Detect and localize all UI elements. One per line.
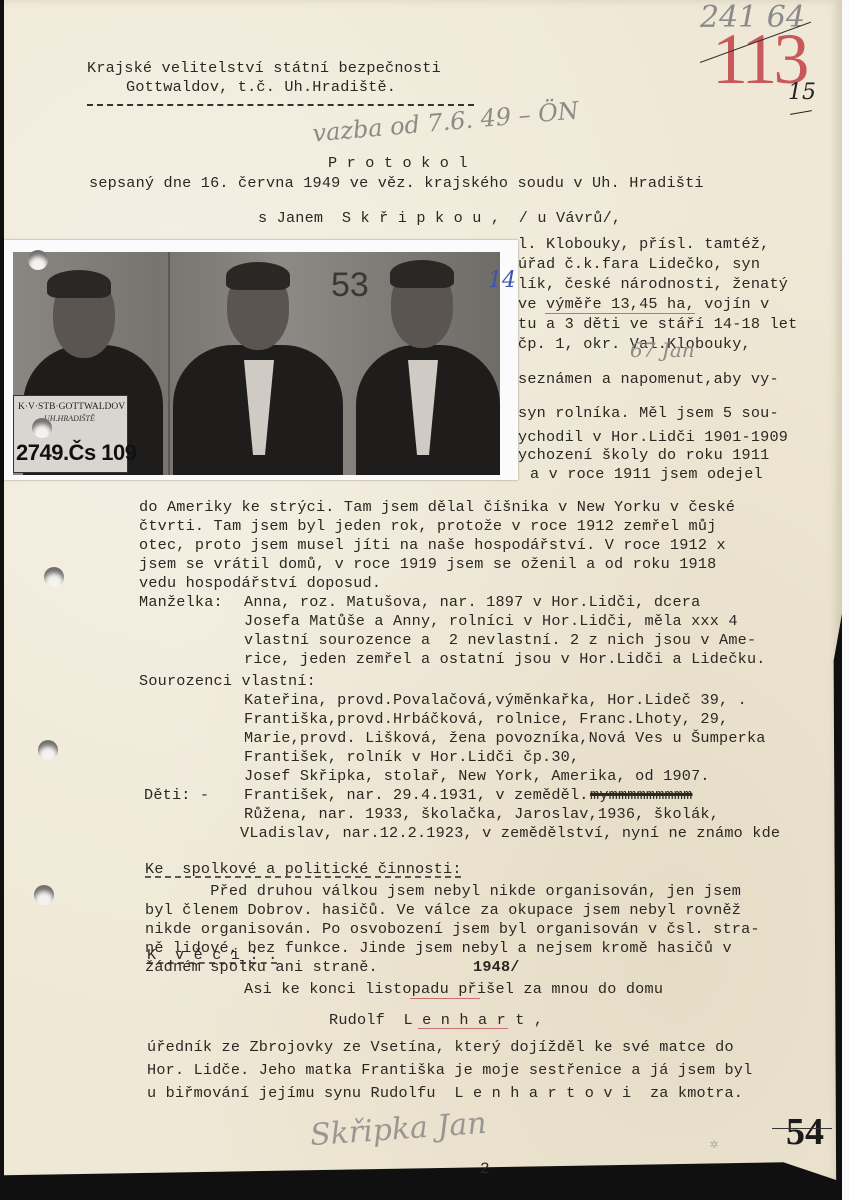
intro-line: seznámen a napomenut,aby vy- xyxy=(518,372,779,387)
blue-folio-mark: 14 xyxy=(488,268,516,293)
placard-sub: UH.HRADIŠTĚ xyxy=(44,414,95,423)
wife-line: rice, jeden zemřel a ostatní jsou v Hor.… xyxy=(244,652,766,667)
siblings-label: Sourozenci vlastní: xyxy=(139,674,316,689)
sibling-line: Marie,provd. Lišková, žena povozníka,Nov… xyxy=(244,731,766,746)
board-number: 53 xyxy=(331,266,369,305)
personal-line: tu a 3 děti ve stáří 14-18 let xyxy=(518,317,797,332)
personal-line: lík, české národnosti, ženatý xyxy=(518,277,788,292)
folio-stamp-bottom: 54 xyxy=(786,1110,824,1154)
biography-line: jsem se vrátil domů, v roce 1919 jsem se… xyxy=(139,557,716,572)
punch-hole xyxy=(32,418,52,438)
sibling-line: František, rolník v Hor.Lidči čp.30, xyxy=(244,750,579,765)
child-line: František, nar. 29.4.1931, v zeměděl. xyxy=(244,788,589,803)
personal-line: úřad č.k.fara Lidečko, syn xyxy=(518,257,760,272)
placard-org: K·V·STB·GOTTWALDOV xyxy=(18,402,125,412)
punch-hole xyxy=(28,250,48,270)
matter-heading: K v ě c i : . xyxy=(147,948,277,963)
photo-divider xyxy=(168,252,170,475)
red-underline xyxy=(545,313,695,314)
child-line: VLadislav, nar.12.2.1923, v zemědělství,… xyxy=(240,826,780,841)
matter-line: u biřmování jejímu synu Rudolfu L e n h … xyxy=(147,1086,743,1101)
header-rule xyxy=(87,104,474,106)
hair-profile xyxy=(47,270,111,298)
sibling-line: Kateřina, provd.Povalačová,výměnkařka, H… xyxy=(244,693,747,708)
biography-line: čtvrti. Tam jsem byl jeden rok, protože … xyxy=(139,519,716,534)
matter-line-1: Asi ke konci listopadu přišel za mnou do… xyxy=(244,982,663,997)
political-heading: Ke spolkové a politické činnosti: xyxy=(145,862,462,877)
pencil-note-mid: 67 Jan xyxy=(630,338,695,362)
intro-line: a v roce 1911 jsem odejel xyxy=(530,467,763,482)
struck-text: mymmmmmmmmm xyxy=(590,788,692,803)
political-line: nikde organisován. Po osvobození jsem by… xyxy=(145,922,760,937)
biography-line: vedu hospodářství doposud. xyxy=(139,576,381,591)
mugshot-photo: 53 K·V·STB·GOTTWALDOV UH.HRADIŠTĚ 2749.Č… xyxy=(13,252,500,475)
matter-line: úředník ze Zbrojovky ze Vsetína, který d… xyxy=(147,1040,734,1055)
hair-three-quarter xyxy=(390,260,454,288)
children-label: Děti: - xyxy=(144,788,209,803)
red-underline xyxy=(418,1028,508,1029)
org-line-1: Krajské velitelství státní bezpečnosti xyxy=(87,61,441,76)
title-line-2: s Janem S k ř i p k o u , / u Vávrů/, xyxy=(258,211,621,226)
intro-line: syn rolníka. Měl jsem 5 sou- xyxy=(518,406,779,421)
scan-edge xyxy=(842,0,849,1200)
matter-line: Hor. Lidče. Jeho matka Františka je moje… xyxy=(147,1063,752,1078)
intro-line: ychození školy do roku 1911 xyxy=(518,448,769,463)
personal-line: l. Klobouky, přísl. tamtéž, xyxy=(518,237,769,252)
wife-label: Manželka: xyxy=(139,595,223,610)
child-line: Růžena, nar. 1933, školačka, Jaroslav,19… xyxy=(244,807,719,822)
punch-hole xyxy=(38,740,58,760)
biography-line: do Ameriky ke strýci. Tam jsem dělal číš… xyxy=(139,500,735,515)
org-line-2: Gottwaldov, t.č. Uh.Hradiště. xyxy=(126,80,396,95)
wife-line: Anna, roz. Matušova, nar. 1897 v Hor.Lid… xyxy=(244,595,700,610)
punch-hole xyxy=(44,567,64,587)
title-line-1: sepsaný dne 16. června 1949 ve věz. kraj… xyxy=(89,176,704,191)
ink-smudge: ✲ xyxy=(710,1136,718,1153)
folio-mark: 15 xyxy=(788,80,816,105)
personal-line: ve výměře 13,45 ha, vojín v xyxy=(518,297,769,312)
matter-name-line: Rudolf L e n h a r t , xyxy=(329,1013,543,1028)
sibling-line: Josef Skřipka, stolař, New York, Amerika… xyxy=(244,769,710,784)
placard-number: 2749.Čs 109 xyxy=(16,440,137,466)
biography-line: otec, proto jsem musel jíti na naše hosp… xyxy=(139,538,726,553)
intro-line: ychodil v Hor.Lidči 1901-1909 xyxy=(518,430,788,445)
wife-line: Josefa Matůše a Anny, rolníci v Hor.Lidč… xyxy=(244,614,738,629)
strike-line xyxy=(772,1128,832,1129)
hair-front xyxy=(226,262,290,290)
document-title: P r o t o k o l xyxy=(328,156,468,171)
red-underline xyxy=(410,998,480,999)
punch-hole xyxy=(34,885,54,905)
sibling-line: Františka,provd.Hrbáčková, rolnice, Fran… xyxy=(244,712,728,727)
page-number: 2 xyxy=(480,1160,490,1178)
year-correction: 1948/ xyxy=(473,960,520,975)
political-line: byl členem Dobrov. hasičů. Ve válce za o… xyxy=(145,903,741,918)
id-placard: K·V·STB·GOTTWALDOV UH.HRADIŠTĚ 2749.Čs 1… xyxy=(13,395,128,473)
political-line: Před druhou válkou jsem nebyl nikde orga… xyxy=(145,884,741,899)
wife-line: vlastní sourozence a 2 nevlastní. 2 z ni… xyxy=(244,633,756,648)
